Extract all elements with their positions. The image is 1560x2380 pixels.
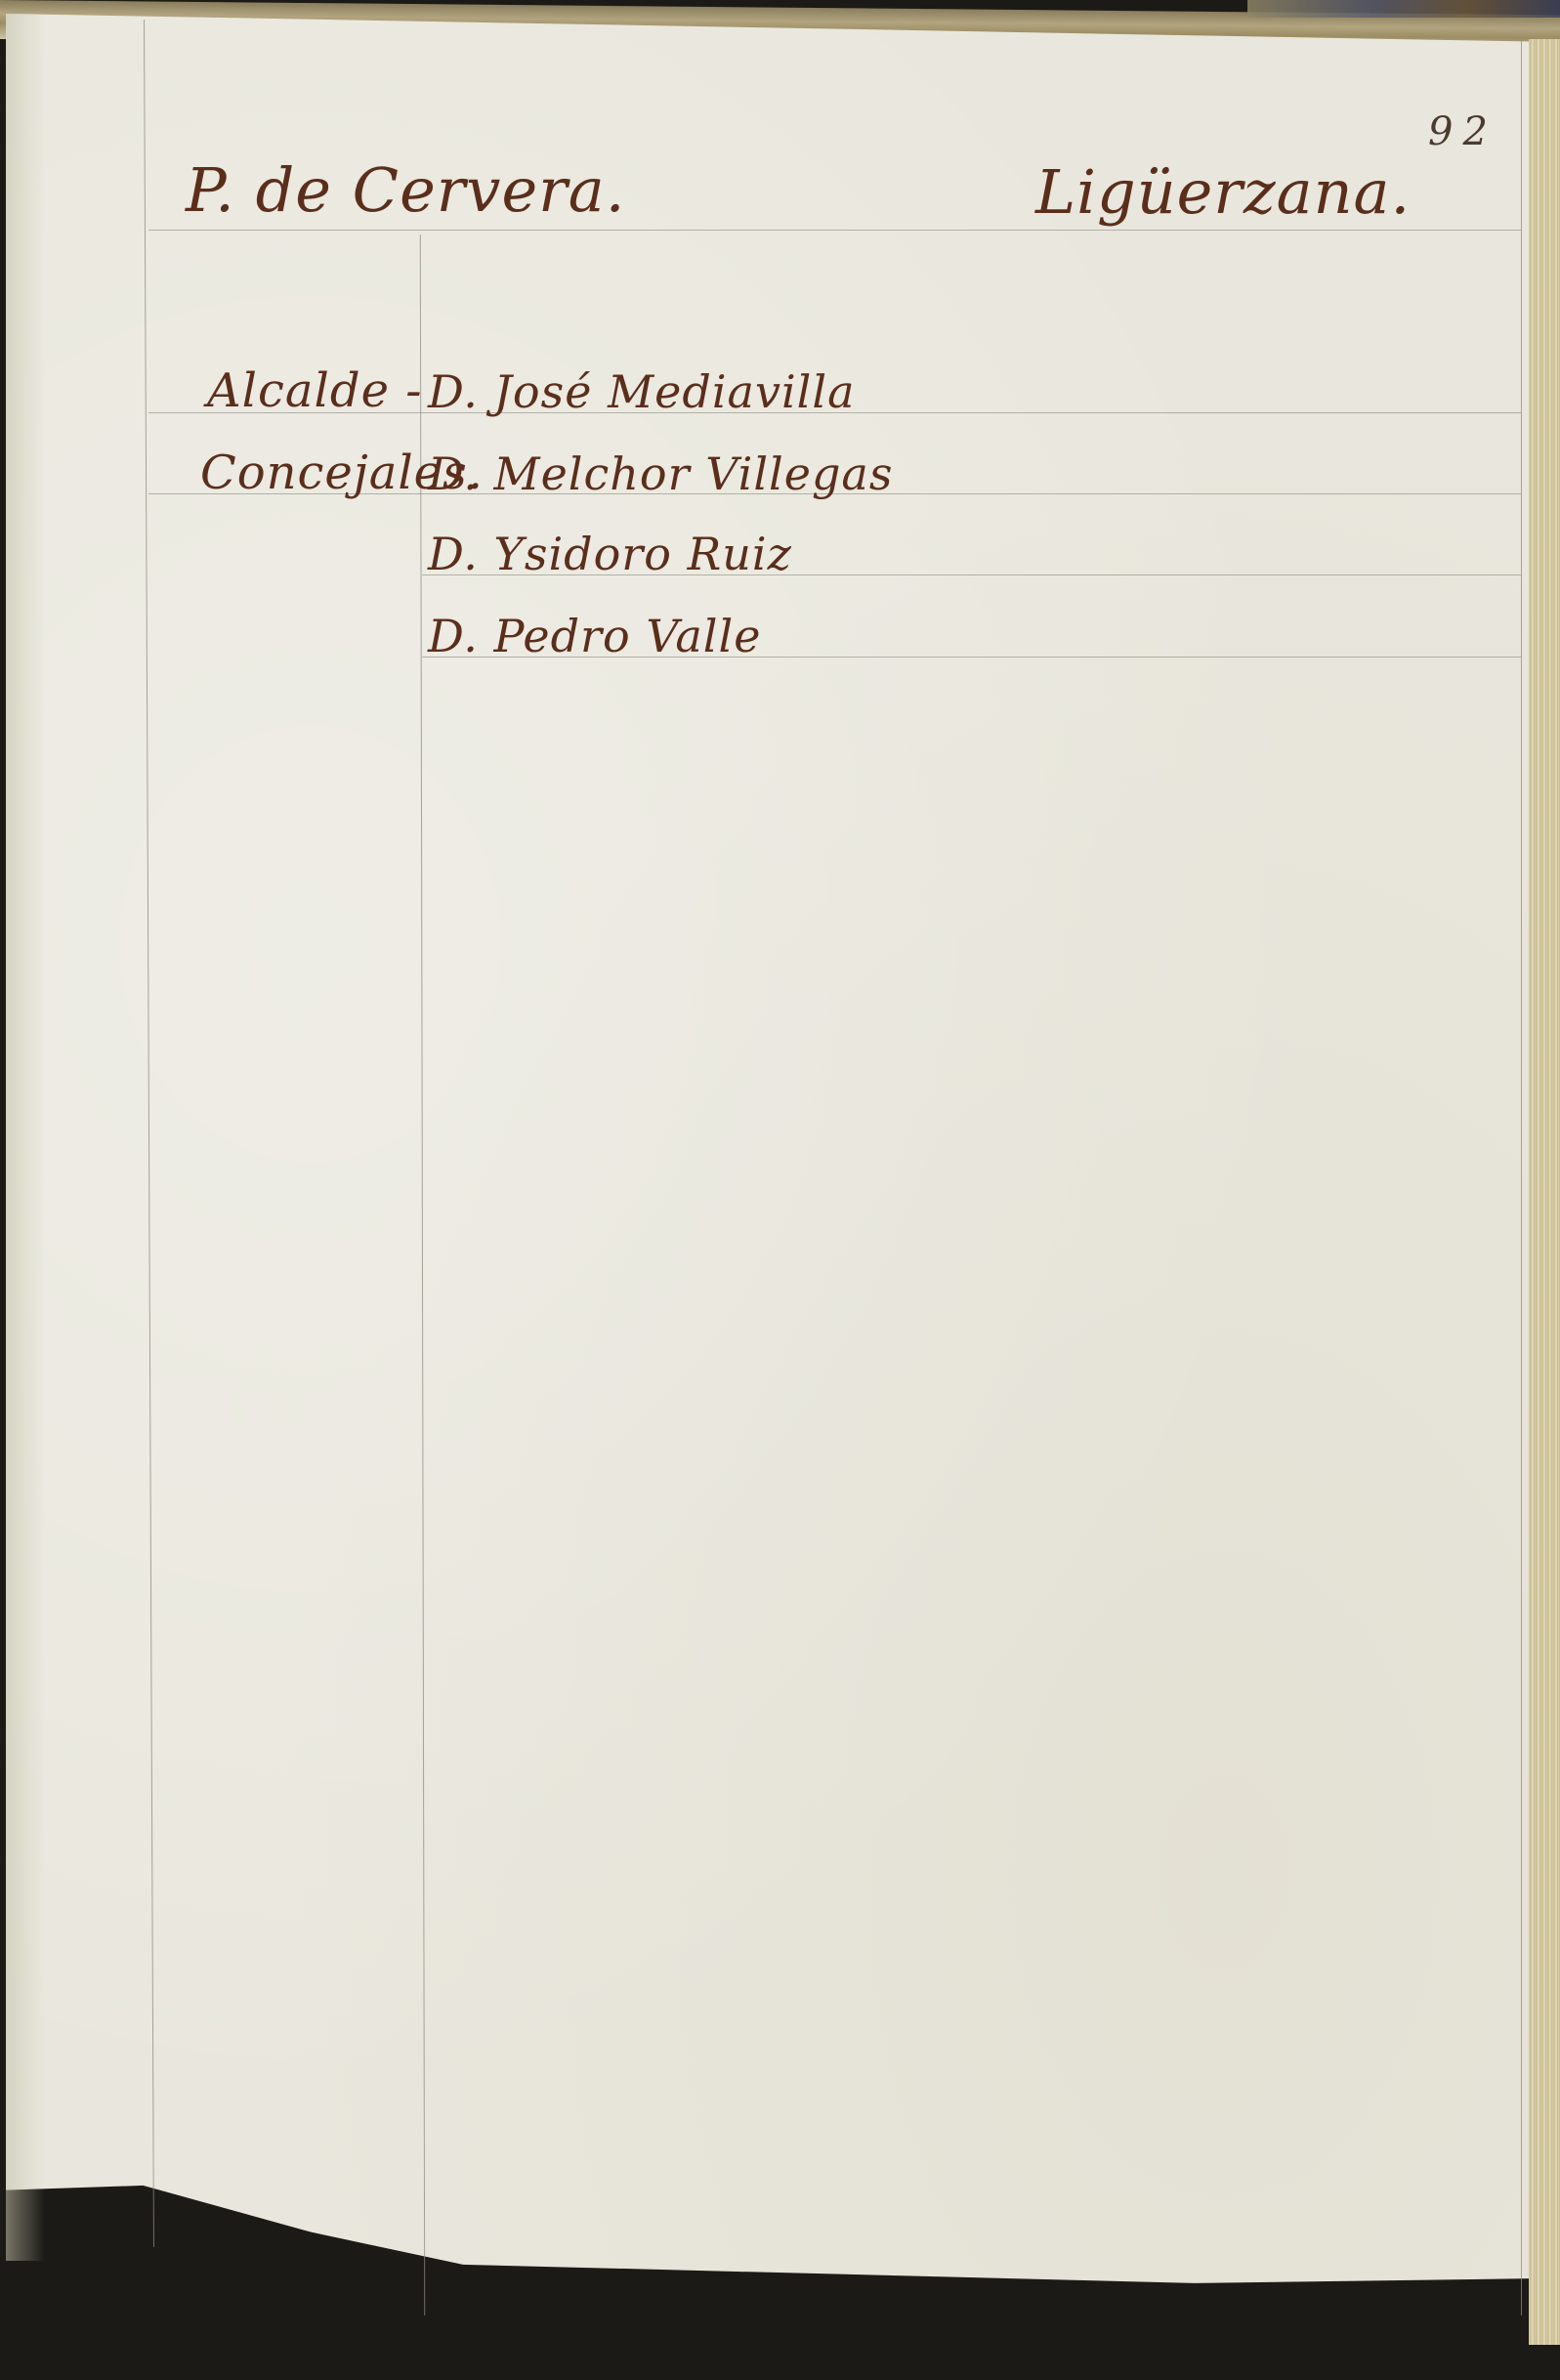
book-cover-edge xyxy=(1247,0,1560,18)
page-fore-edge xyxy=(1529,39,1560,2345)
page-gutter-shadow xyxy=(6,14,45,2261)
role-alcalde: Alcalde - xyxy=(207,363,422,418)
right-margin-rule xyxy=(1521,39,1522,2316)
header-rule xyxy=(148,230,1521,231)
manuscript-page xyxy=(6,14,1530,2339)
alcalde-name: D. José Mediavilla xyxy=(428,365,856,418)
header-right-place: Ligüerzana. xyxy=(1035,156,1411,228)
concejal-name-2: D. Ysidoro Ruiz xyxy=(428,528,792,580)
concejal-name-1: D. Melchor Villegas xyxy=(428,447,893,500)
manuscript-scan: 92 P. de Cervera. Ligüerzana. Alcalde - … xyxy=(0,0,1560,2380)
concejal-name-3: D. Pedro Valle xyxy=(428,610,761,662)
header-left-place: P. de Cervera. xyxy=(186,154,625,226)
page-number: 92 xyxy=(1428,109,1497,154)
